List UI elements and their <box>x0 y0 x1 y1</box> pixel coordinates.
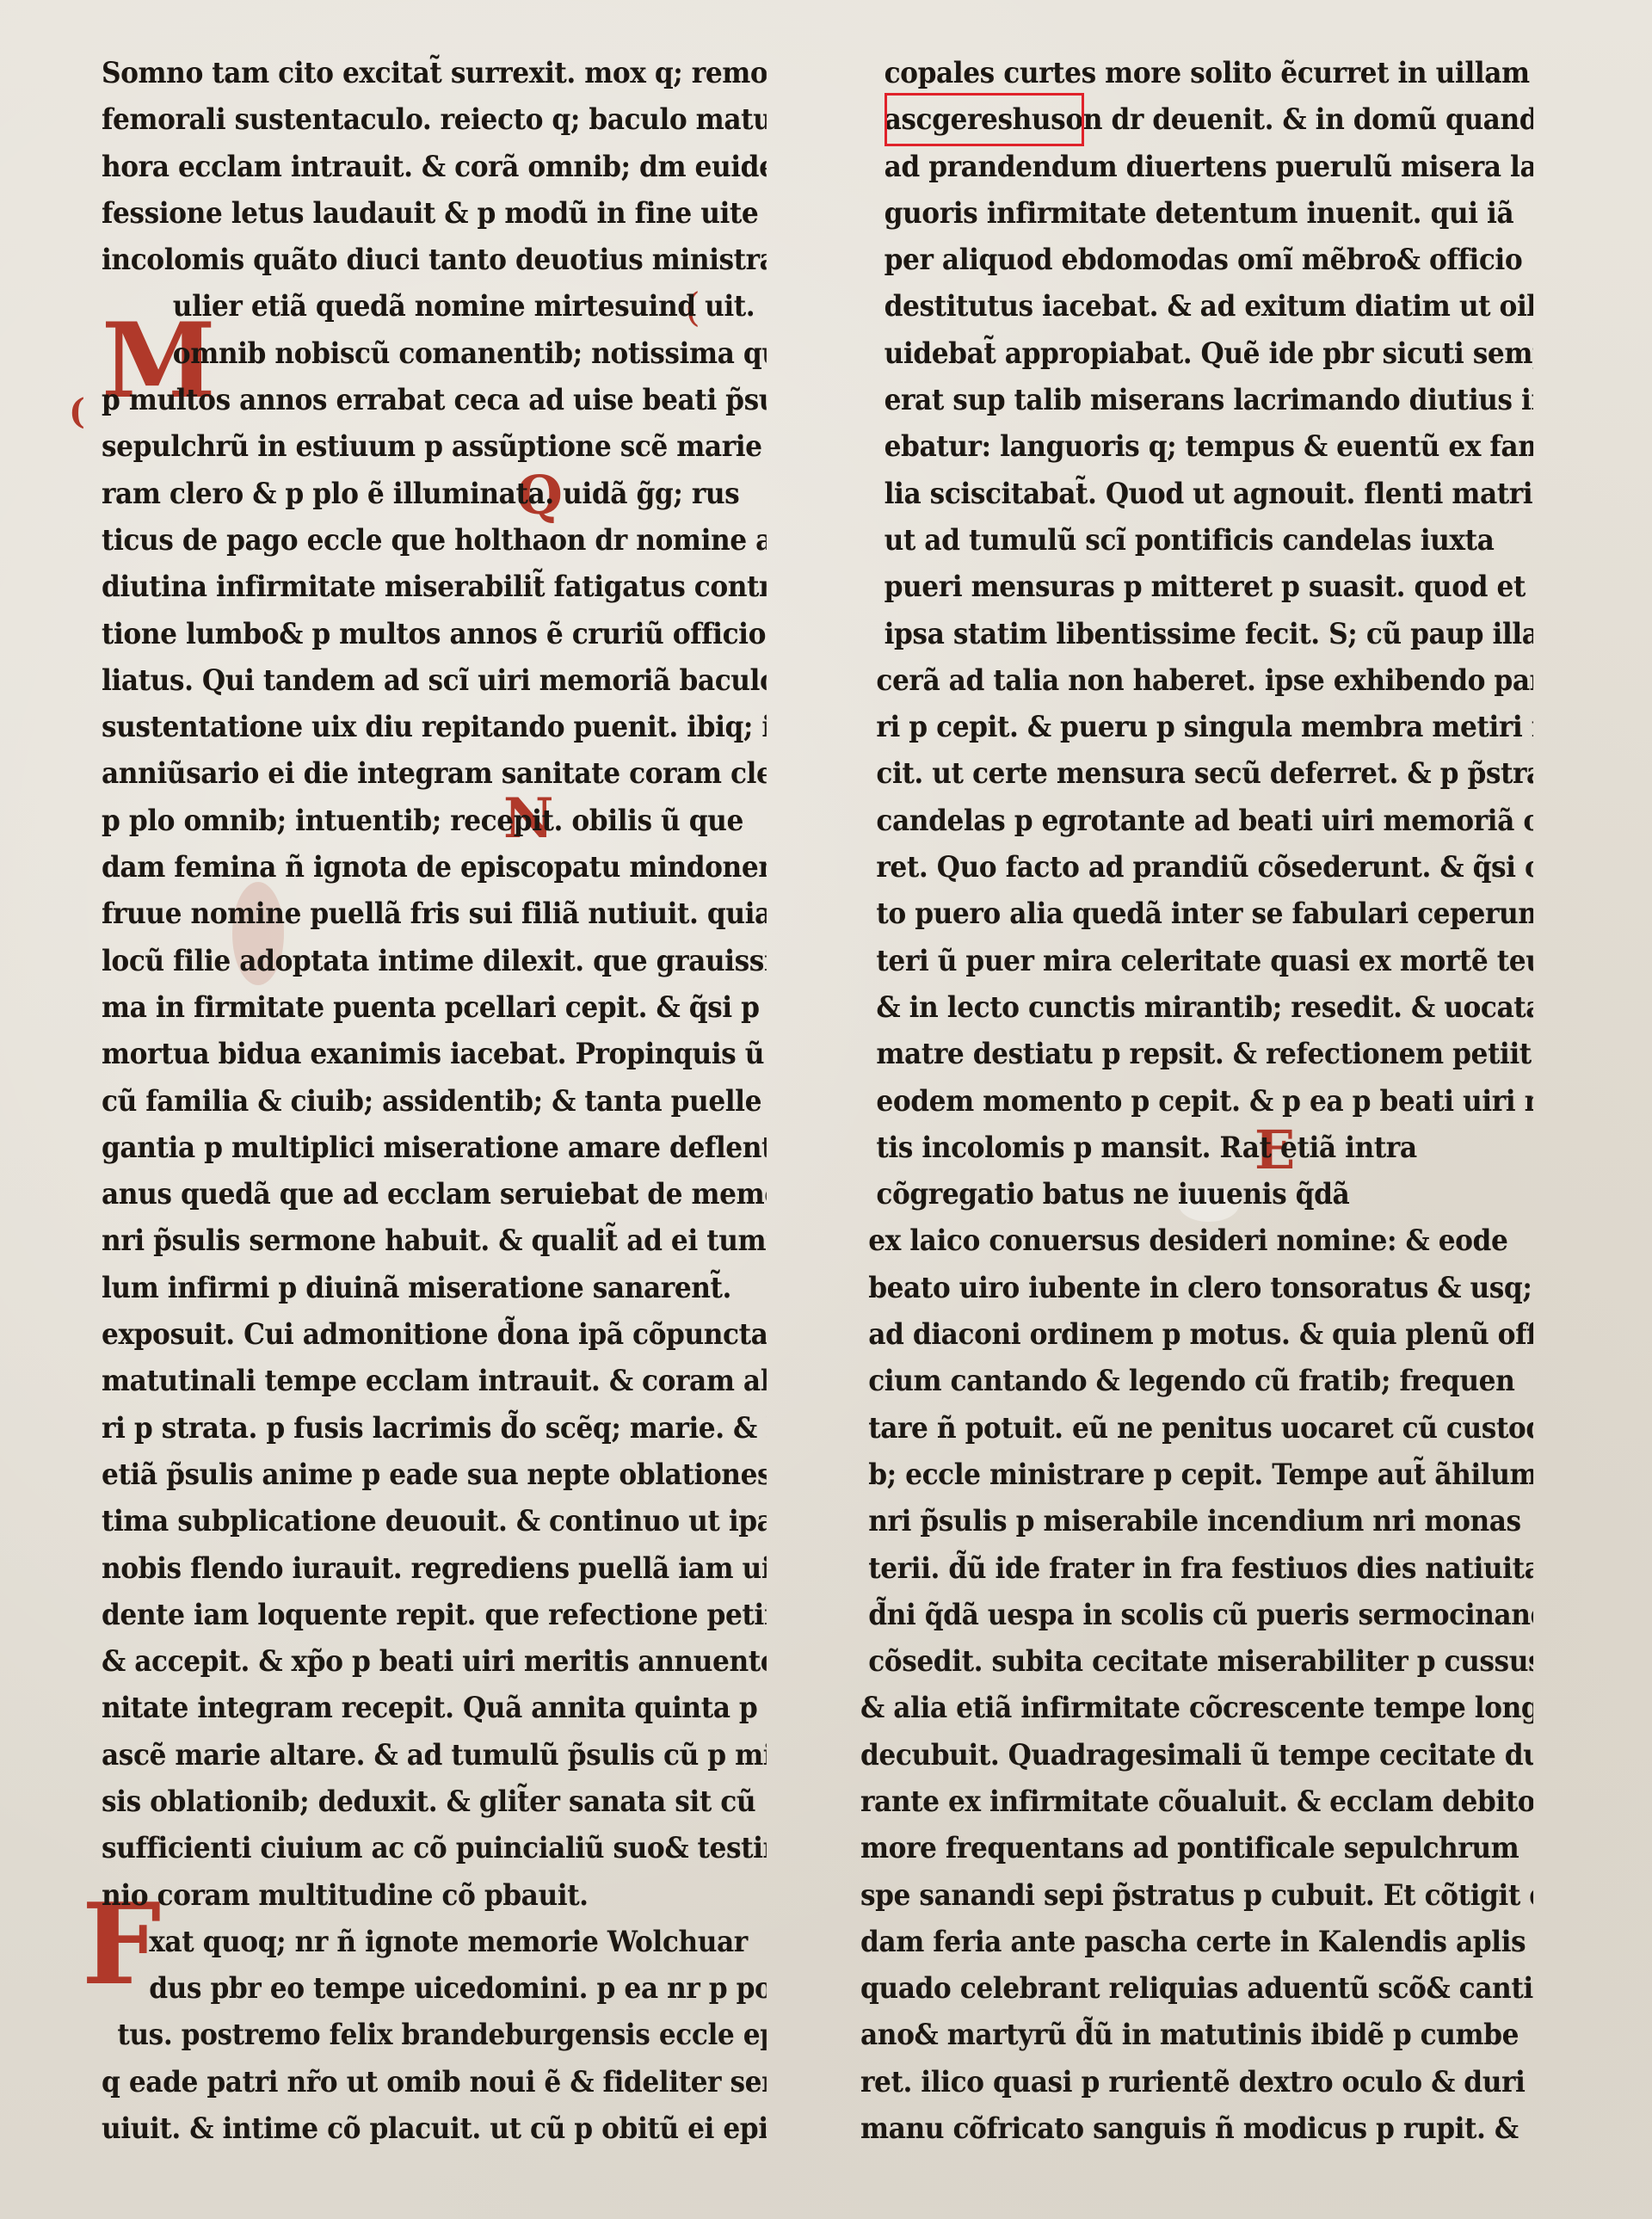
text-line: manu cõfricato sanguis ñ modicus p rupit… <box>860 2105 1533 2152</box>
text-line: eodem momento p cepit. & p ea p beati ui… <box>860 1078 1533 1125</box>
text-line: xat quoq; nr ñ ignote memorie Wolchuar <box>102 1919 767 1965</box>
text-line: tare ñ potuit. eũ ne penitus uocaret cũ … <box>860 1405 1533 1452</box>
text-line: ut ad tumulũ scĩ pontificis candelas iux… <box>860 517 1533 564</box>
text-line: copales curtes more solito ẽcurret in ui… <box>860 50 1533 96</box>
text-line: dam feria ante pascha certe in Kalendis … <box>860 1919 1533 1965</box>
text-line: etiã p̃sulis anime p eade sua nepte obla… <box>102 1452 767 1498</box>
text-line: ex laico conuersus desideri nomine: & eo… <box>860 1217 1533 1264</box>
text-line: & alia etiã infirmitate cõcrescente temp… <box>860 1685 1533 1731</box>
text-line: guoris infirmitate detentum inuenit. qui… <box>860 190 1533 237</box>
text-line: erat sup talib miserans lacrimando diuti… <box>860 377 1533 423</box>
text-line: cium cantando & legendo cũ fratib; frequ… <box>860 1358 1533 1404</box>
text-line: tus. postremo felix brandeburgensis eccl… <box>102 2012 767 2058</box>
text-line: decubuit. Quadragesimali ũ tempe cecitat… <box>860 1732 1533 1778</box>
text-line: cõgregatio batus ne iuuenis q̃dã <box>860 1171 1533 1217</box>
text-line: per aliquod ebdomodas omĩ mẽbro& officio <box>860 237 1533 283</box>
text-line: hora ecclam intrauit. & corã omnib; dm e… <box>102 144 767 190</box>
text-line: Somno tam cito excitat̃ surrexit. mox q;… <box>102 50 767 96</box>
text-line: fruue nomine puellã fris sui filiã nutiu… <box>102 891 767 937</box>
text-line: nri p̃sulis p miserabile incendium nri m… <box>860 1498 1533 1544</box>
text-line: uidebat̃ appropiabat. Quẽ ide pbr sicuti… <box>860 330 1533 377</box>
text-line: nitate integram recepit. Quã annita quin… <box>102 1685 767 1731</box>
text-line: dam femina ñ ignota de episcopatu mindon… <box>102 844 767 891</box>
text-line: ebatur: languoris q; tempus & euentũ ex … <box>860 423 1533 470</box>
text-line: nri p̃sulis sermone habuit. & qualit̃ ad… <box>102 1217 767 1264</box>
text-line: ulier etiã quedã nomine mirtesuind uit. <box>102 283 767 330</box>
text-line: sis oblationib; deduxit. & glit̃er sanat… <box>102 1778 767 1825</box>
text-line: anus quedã que ad ecclam seruiebat de me… <box>102 1171 767 1217</box>
text-line: liatus. Qui tandem ad scĩ uiri memoriã b… <box>102 657 767 704</box>
text-line: sepulchrũ in estiuum p assũptione scẽ ma… <box>102 423 767 470</box>
text-line: spe sanandi sepi p̃stratus p cubuit. Et … <box>860 1872 1533 1919</box>
text-line: uiuit. & intime cõ placuit. ut cũ p obit… <box>102 2105 767 2152</box>
text-line: ram clero & p plo ẽ illuminata. uidã g̃g… <box>102 471 767 517</box>
text-line: tis incolomis p mansit. Rat etiã intra <box>860 1125 1533 1171</box>
text-line: sufficienti ciuium ac cõ puincialiũ suo&… <box>102 1825 767 1871</box>
text-line: cũ familia & ciuib; assidentib; & tanta … <box>102 1078 767 1125</box>
text-line: ipsa statim libentissime fecit. S; cũ pa… <box>860 611 1533 657</box>
text-line: dente iam loquente repit. que refectione… <box>102 1592 767 1638</box>
text-line: incolomis quãto diuci tanto deuotius min… <box>102 237 767 283</box>
text-line: ticus de pago eccle que holthaon dr nomi… <box>102 517 767 564</box>
text-line: ascẽ marie altare. & ad tumulũ p̃sulis c… <box>102 1732 767 1778</box>
text-line: lum infirmi p diuinã miseratione sanaren… <box>102 1265 767 1311</box>
text-line: ret. ilico quasi p rurientẽ dextro oculo… <box>860 2059 1533 2105</box>
text-line: cerã ad talia non haberet. ipse exhibend… <box>860 657 1533 704</box>
text-line: beato uiro iubente in clero tonsoratus &… <box>860 1265 1533 1311</box>
text-line: ma in firmitate puenta pcellari cepit. &… <box>102 984 767 1031</box>
text-line: tione lumbo& p multos annos ẽ cruriũ off… <box>102 611 767 657</box>
text-line: destitutus iacebat. & ad exitum diatim u… <box>860 283 1533 330</box>
text-line: ad prandendum diuertens puerulũ misera l… <box>860 144 1533 190</box>
margin-flourish: ( <box>69 391 85 432</box>
text-line: ri p cepit. & pueru p singula membra met… <box>860 704 1533 750</box>
text-line: d̃ni q̃dã uespa in scolis cũ pueris serm… <box>860 1592 1533 1638</box>
text-line: femorali sustentaculo. reiecto q; baculo… <box>102 96 767 143</box>
text-line: lia sciscitabat̃. Quod ut agnouit. flent… <box>860 471 1533 517</box>
text-line: ri p strata. p fusis lacrimis d̃o scẽq; … <box>102 1405 767 1452</box>
right-column: copales curtes more solito ẽcurret in ui… <box>860 50 1592 2152</box>
text-line: quado celebrant reliquias aduentũ scõ& c… <box>860 1965 1533 2012</box>
text-line: matre destiatu p repsit. & refectionem p… <box>860 1031 1533 1077</box>
text-line: teri ũ puer mira celeritate quasi ex mor… <box>860 938 1533 984</box>
text-line: dus pbr eo tempe uicedomini. p ea nr p p… <box>102 1965 767 2012</box>
text-line: & in lecto cunctis mirantib; resedit. & … <box>860 984 1533 1031</box>
text-line: cõsedit. subita cecitate miserabiliter p… <box>860 1638 1533 1685</box>
left-column: Somno tam cito excitat̃ surrexit. mox q;… <box>102 50 824 2152</box>
text-line: pueri mensuras p mitteret p suasit. quod… <box>860 564 1533 610</box>
text-line: p multos annos errabat ceca ad uise beat… <box>102 377 767 423</box>
manuscript-folio: M Q N F E ( ( Somno tam cito excitat̃ su… <box>0 0 1652 2219</box>
text-line: & accepit. & xp̃o p beati uiri meritis a… <box>102 1638 767 1685</box>
text-line: more frequentans ad pontificale sepulchr… <box>860 1825 1533 1871</box>
text-line: tima subplicatione deuouit. & continuo u… <box>102 1498 767 1544</box>
text-line: exposuit. Cui admonitione d̃ona ipã cõpu… <box>102 1311 767 1358</box>
text-line: p plo omnib; intuentib; recepit. obilis … <box>102 798 767 844</box>
text-line: nobis flendo iurauit. regrediens puellã … <box>102 1545 767 1592</box>
text-line: q eade patri nr̃o ut omib noui ẽ & fidel… <box>102 2059 767 2105</box>
text-line: terii. d̃ũ ide frater in fra festiuos di… <box>860 1545 1533 1592</box>
text-line: sustentatione uix diu repitando puenit. … <box>102 704 767 750</box>
text-line: rante ex infirmitate cõualuit. & ecclam … <box>860 1778 1533 1825</box>
text-line: diutina infirmitate miserabilit̃ fatigat… <box>102 564 767 610</box>
text-line: omnib nobiscũ comanentib; notissima que <box>102 330 767 377</box>
text-line: ret. Quo facto ad prandiũ cõsederunt. & … <box>860 844 1533 891</box>
text-line: b; eccle ministrare p cepit. Tempe aut̃ … <box>860 1452 1533 1498</box>
text-line: to puero alia quedã inter se fabulari ce… <box>860 891 1533 937</box>
text-line: gantia p multiplici miseratione amare de… <box>102 1125 767 1171</box>
text-line: cit. ut certe mensura secũ deferret. & p… <box>860 750 1533 797</box>
text-line: fessione letus laudauit & p modũ in fine… <box>102 190 767 237</box>
text-line: mortua bidua exanimis iacebat. Propinqui… <box>102 1031 767 1077</box>
text-line: anniũsario ei die integram sanitate cora… <box>102 750 767 797</box>
text-line: nio coram multitudine cõ pbauit. <box>102 1872 767 1919</box>
highlight-box-ascgereshuson <box>885 93 1084 146</box>
text-line: matutinali tempe ecclam intrauit. & cora… <box>102 1358 767 1404</box>
text-line: ad diaconi ordinem p motus. & quia plenũ… <box>860 1311 1533 1358</box>
text-line: candelas p egrotante ad beati uiri memor… <box>860 798 1533 844</box>
text-line: locũ filie adoptata intime dilexit. que … <box>102 938 767 984</box>
text-line: ano& martyrũ d̃ũ in matutinis ibidẽ p cu… <box>860 2012 1533 2058</box>
